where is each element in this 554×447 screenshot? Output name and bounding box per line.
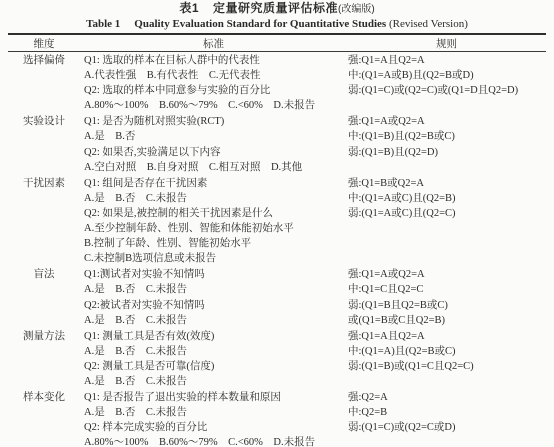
criteria-line: Q2: 测量工具是否可靠(信度)	[84, 359, 347, 374]
table-title-en-text: Quality Evaluation Standard for Quantita…	[134, 18, 386, 30]
rules-cell: 强:Q1=B或Q2=A中:(Q1=A或C)且(Q2=B)弱:(Q1=A或C)且(…	[347, 175, 546, 267]
rule-line: 中:(Q1=A或C)且(Q2=B)	[348, 191, 546, 206]
table-row: 测量方法Q1: 测量工具是否有效(效度)A.是 B.否 C.未报告Q2: 测量工…	[8, 328, 546, 389]
criteria-line: A.是 B.否 C.未报告	[84, 282, 347, 297]
criteria-line: Q1:测试者对实验不知情吗	[84, 267, 347, 282]
rules-cell: 强:Q1=A或Q2=A中:(Q1=B)且(Q2=B或C)弱:(Q1=B)且(Q2…	[347, 113, 546, 174]
quality-evaluation-table: 维度 标准 规则 选择偏倚Q1: 选取的样本在目标人群中的代表性A.代表性强 B…	[8, 33, 546, 447]
criteria-line: C.未控制B选项信息或未报告	[84, 251, 347, 266]
rules-cell: 强:Q2=A中:Q2=B弱:(Q1=C)或(Q2=C或D)	[347, 389, 546, 447]
rule-line: 中:(Q1=A)且(Q2=B或C)	[348, 344, 546, 359]
dimension-label: 测量方法	[8, 329, 80, 344]
criteria-line: A.是 B.否 C.未报告	[84, 191, 347, 206]
table-row: 样本变化Q1: 是否报告了退出实验的样本数量和原因A.是 B.否 C.未报告Q2…	[8, 389, 546, 447]
column-header-rules: 规则	[347, 34, 546, 52]
criteria-line: Q1: 是否报告了退出实验的样本数量和原因	[84, 390, 347, 405]
criteria-line: A.至少控制年龄、性别、智能和体能初始水平	[84, 221, 347, 236]
rule-line: 弱:(Q1=B且Q2=B或C)	[348, 298, 546, 313]
rule-line: 弱:(Q1=B)或(Q1=C且Q2=C)	[348, 359, 546, 374]
table-title-cn: 表1定量研究质量评估标准(改编版)	[0, 1, 554, 17]
criteria-cell: Q1: 测量工具是否有效(效度)A.是 B.否 C.未报告Q2: 测量工具是否可…	[80, 328, 347, 389]
criteria-line: B.控制了年龄、性别、智能初始水平	[84, 236, 347, 251]
criteria-line: Q1: 测量工具是否有效(效度)	[84, 329, 347, 344]
table-row: 实验设计Q1: 是否为随机对照实验(RCT)A.是 B.否Q2: 如果否,实验满…	[8, 113, 546, 174]
criteria-line: Q2: 选取的样本中同意参与实验的百分比	[84, 83, 347, 98]
dimension-cell: 选择偏倚	[8, 52, 80, 114]
criteria-line: A.是 B.否 C.未报告	[84, 405, 347, 420]
rule-line: 强:Q1=A且Q2=A	[348, 329, 546, 344]
criteria-cell: Q1: 选取的样本在目标人群中的代表性A.代表性强 B.有代表性 C.无代表性Q…	[80, 52, 347, 114]
table-title-cn-suffix: (改编版)	[338, 4, 375, 15]
table-number-cn: 表1	[179, 1, 199, 15]
criteria-cell: Q1: 组间是否存在干扰因素A.是 B.否 C.未报告Q2: 如果是,被控制的相…	[80, 175, 347, 267]
rule-line: 强:Q1=A或Q2=A	[348, 114, 546, 129]
dimension-cell: 测量方法	[8, 328, 80, 389]
rule-line: 中:Q1=C且Q2=C	[348, 282, 546, 297]
table-row: 盲法Q1:测试者对实验不知情吗A.是 B.否 C.未报告Q2:被试者对实验不知情…	[8, 266, 546, 327]
criteria-line: A.是 B.否 C.未报告	[84, 374, 347, 389]
table-title-block: 表1定量研究质量评估标准(改编版) Table 1Quality Evaluat…	[0, 0, 554, 31]
rule-line: 强:Q1=A或Q2=A	[348, 267, 546, 282]
criteria-cell: Q1:测试者对实验不知情吗A.是 B.否 C.未报告Q2:被试者对实验不知情吗A…	[80, 266, 347, 327]
criteria-line: A.是 B.否	[84, 129, 347, 144]
criteria-line: Q1: 是否为随机对照实验(RCT)	[84, 114, 347, 129]
rule-line: 弱:(Q1=C)或(Q2=C)或(Q1=D且Q2=D)	[348, 83, 546, 98]
rule-line: 弱:(Q1=B)且(Q2=D)	[348, 145, 546, 160]
dimension-label: 样本变化	[8, 390, 80, 405]
table-header: 维度 标准 规则	[8, 34, 546, 52]
criteria-cell: Q1: 是否为随机对照实验(RCT)A.是 B.否Q2: 如果否,实验满足以下内…	[80, 113, 347, 174]
rule-line: 强:Q2=A	[348, 390, 546, 405]
table-number-en: Table 1	[86, 18, 120, 30]
dimension-cell: 干扰因素	[8, 175, 80, 267]
dimension-label: 选择偏倚	[8, 53, 80, 68]
dimension-cell: 盲法	[8, 266, 80, 327]
rule-line: 弱:(Q1=A或C)且(Q2=C)	[348, 206, 546, 221]
criteria-line: Q1: 选取的样本在目标人群中的代表性	[84, 53, 347, 68]
criteria-line: A.是 B.否 C.未报告	[84, 344, 347, 359]
criteria-cell: Q1: 是否报告了退出实验的样本数量和原因A.是 B.否 C.未报告Q2: 样本…	[80, 389, 347, 447]
criteria-line: A.代表性强 B.有代表性 C.无代表性	[84, 68, 347, 83]
rules-cell: 强:Q1=A或Q2=A中:Q1=C且Q2=C弱:(Q1=B且Q2=B或C)或(Q…	[347, 266, 546, 327]
paper-table-page: 表1定量研究质量评估标准(改编版) Table 1Quality Evaluat…	[0, 0, 554, 447]
column-header-criteria: 标准	[80, 34, 347, 52]
criteria-line: A.80%～100% B.60%～79% C.<60% D.未报告	[84, 435, 347, 447]
criteria-line: Q2: 如果否,实验满足以下内容	[84, 145, 347, 160]
rule-line: 或(Q1=B或C且Q2=B)	[348, 313, 546, 328]
header-row: 维度 标准 规则	[8, 34, 546, 52]
table-title-cn-text: 定量研究质量评估标准	[213, 1, 338, 15]
table-title-en-suffix: (Revised Version)	[389, 18, 468, 30]
rule-line: 弱:(Q1=C)或(Q2=C或D)	[348, 420, 546, 435]
dimension-label: 实验设计	[8, 114, 80, 129]
rule-line: 强:Q1=B或Q2=A	[348, 176, 546, 191]
table-title-en: Table 1Quality Evaluation Standard for Q…	[0, 17, 554, 31]
criteria-line: A.空白对照 B.自身对照 C.相互对照 D.其他	[84, 160, 347, 175]
rule-line: 中:(Q1=B)且(Q2=B或C)	[348, 129, 546, 144]
rule-line: 中:(Q1=A或B)且(Q2=B或D)	[348, 68, 546, 83]
criteria-line: A.是 B.否 C.未报告	[84, 313, 347, 328]
table-row: 选择偏倚Q1: 选取的样本在目标人群中的代表性A.代表性强 B.有代表性 C.无…	[8, 52, 546, 114]
criteria-line: Q2:被试者对实验不知情吗	[84, 298, 347, 313]
rules-cell: 强:Q1=A且Q2=A中:(Q1=A或B)且(Q2=B或D)弱:(Q1=C)或(…	[347, 52, 546, 114]
rule-line: 中:Q2=B	[348, 405, 546, 420]
criteria-line: Q1: 组间是否存在干扰因素	[84, 176, 347, 191]
dimension-label: 盲法	[8, 267, 80, 282]
dimension-cell: 实验设计	[8, 113, 80, 174]
table-body: 选择偏倚Q1: 选取的样本在目标人群中的代表性A.代表性强 B.有代表性 C.无…	[8, 52, 546, 447]
table-row: 干扰因素Q1: 组间是否存在干扰因素A.是 B.否 C.未报告Q2: 如果是,被…	[8, 175, 546, 267]
rule-line: 强:Q1=A且Q2=A	[348, 53, 546, 68]
dimension-label: 干扰因素	[8, 176, 80, 191]
criteria-line: Q2: 样本完成实验的百分比	[84, 420, 347, 435]
dimension-cell: 样本变化	[8, 389, 80, 447]
criteria-line: A.80%～100% B.60%～79% C.<60% D.未报告	[84, 98, 347, 113]
rules-cell: 强:Q1=A且Q2=A中:(Q1=A)且(Q2=B或C)弱:(Q1=B)或(Q1…	[347, 328, 546, 389]
criteria-line: Q2: 如果是,被控制的相关干扰因素是什么	[84, 206, 347, 221]
column-header-dimension: 维度	[8, 34, 80, 52]
